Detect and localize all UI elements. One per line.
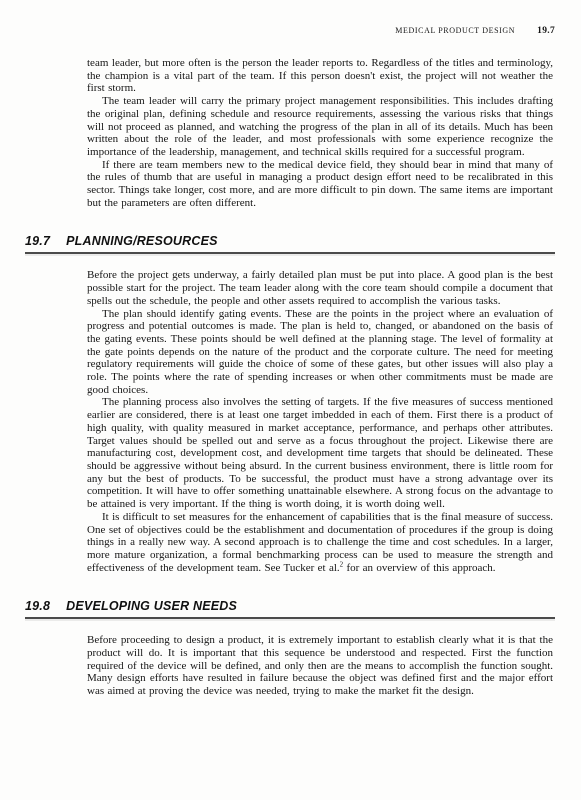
section-title: DEVELOPING USER NEEDS: [66, 599, 237, 613]
running-head-title: MEDICAL PRODUCT DESIGN: [395, 26, 515, 35]
section-planning-resources: 19.7PLANNING/RESOURCES Before the projec…: [25, 234, 555, 574]
paragraph-text: for an overview of this approach.: [343, 562, 495, 574]
heading-rule: [25, 617, 555, 619]
paragraph: The team leader will carry the primary p…: [87, 95, 553, 159]
page-header: MEDICAL PRODUCT DESIGN19.7: [25, 20, 555, 38]
paragraph: Before proceeding to design a product, i…: [87, 634, 553, 698]
section-number: 19.7: [25, 234, 50, 248]
section-heading: 19.8DEVELOPING USER NEEDS: [25, 599, 555, 613]
section-title: PLANNING/RESOURCES: [66, 234, 218, 248]
paragraph: If there are team members new to the med…: [87, 159, 553, 210]
heading-rule: [25, 252, 555, 254]
paragraph: Before the project gets underway, a fair…: [87, 269, 553, 307]
page-number: 19.7: [537, 26, 555, 36]
paragraph: The planning process also involves the s…: [87, 396, 553, 510]
paragraph: team leader, but more often is the perso…: [87, 57, 553, 95]
paragraph: The plan should identify gating events. …: [87, 308, 553, 397]
page-body: team leader, but more often is the perso…: [25, 57, 555, 698]
section-number: 19.8: [25, 599, 50, 613]
section-heading: 19.7PLANNING/RESOURCES: [25, 234, 555, 248]
section-developing-user-needs: 19.8DEVELOPING USER NEEDS Before proceed…: [25, 599, 555, 698]
paragraph-with-reference: It is difficult to set measures for the …: [87, 511, 553, 575]
book-page: MEDICAL PRODUCT DESIGN19.7 team leader, …: [0, 0, 581, 800]
